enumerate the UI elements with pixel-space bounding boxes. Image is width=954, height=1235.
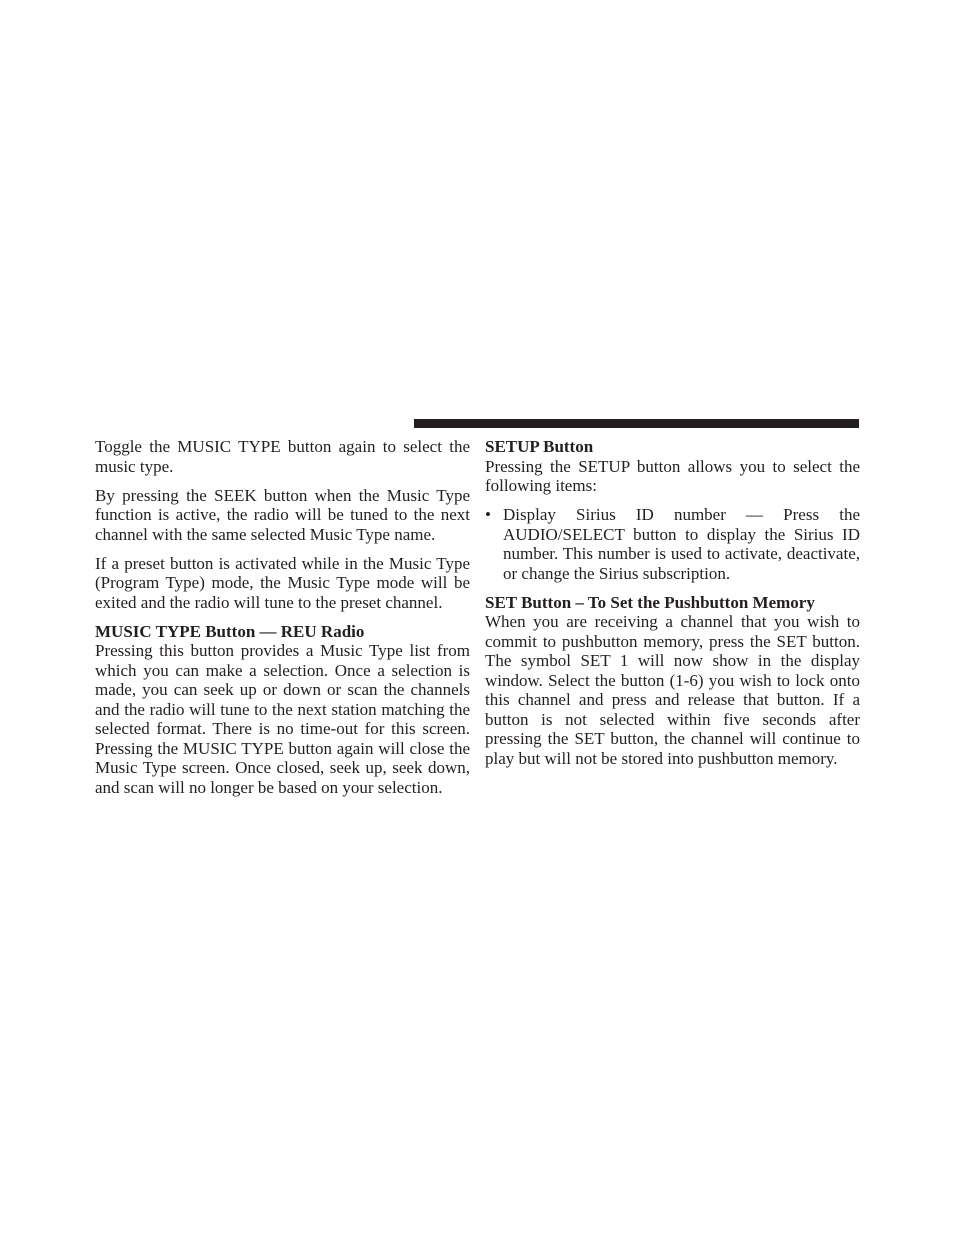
right-column: SETUP Button Pressing the SETUP button a… <box>485 437 860 778</box>
left-column: Toggle the MUSIC TYPE button again to se… <box>95 437 470 807</box>
bullet-icon: • <box>485 505 503 583</box>
heading-set-button-pushbutton-memory: SET Button – To Set the Pushbutton Memor… <box>485 593 860 613</box>
heading-music-type-button-reu-radio: MUSIC TYPE Button — REU Radio <box>95 622 470 642</box>
section-divider-bar <box>414 419 859 428</box>
paragraph-seek-button: By pressing the SEEK button when the Mus… <box>95 486 470 545</box>
manual-page: Toggle the MUSIC TYPE button again to se… <box>0 0 954 1235</box>
heading-setup-button: SETUP Button <box>485 437 860 457</box>
paragraph-set-button-body: When you are receiving a channel that yo… <box>485 612 860 768</box>
paragraph-preset-button: If a preset button is activated while in… <box>95 554 470 613</box>
bullet-item-sirius-id: • Display Sirius ID number — Press the A… <box>485 505 860 583</box>
bullet-text-sirius-id: Display Sirius ID number — Press the AUD… <box>503 505 860 583</box>
paragraph-music-type-body: Pressing this button provides a Music Ty… <box>95 641 470 797</box>
paragraph-setup-intro: Pressing the SETUP button allows you to … <box>485 457 860 496</box>
paragraph-toggle-music-type: Toggle the MUSIC TYPE button again to se… <box>95 437 470 476</box>
